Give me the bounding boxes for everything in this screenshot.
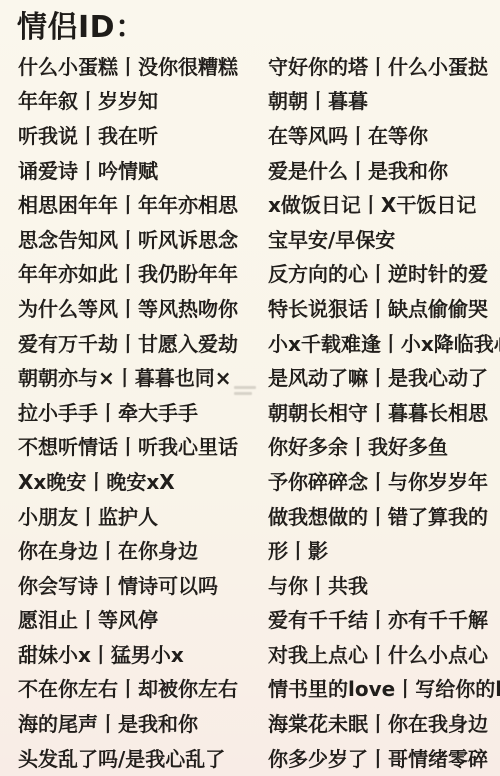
couple-id-pair: 为什么等风丨等风热吻你 <box>18 290 259 325</box>
couple-id-pair: 海的尾声丨是我和你 <box>18 705 259 740</box>
couple-id-pair: 你好多余丨我好多鱼 <box>268 429 500 464</box>
couple-id-pair: 头发乱了吗/是我心乱了 <box>18 740 259 775</box>
couple-id-pair: 宝早安/早保安 <box>268 221 500 256</box>
couple-id-pair: 思念告知风丨听风诉思念 <box>18 221 259 256</box>
couple-id-pair: 朝朝长相守丨暮暮长相思 <box>268 394 500 429</box>
couple-id-pair: 小x千载难逢丨小x降临我心 <box>268 325 500 360</box>
couple-id-pair: 反方向的心丨逆时针的爱 <box>268 256 500 291</box>
couple-id-pair: 是风动了嘛丨是我心动了 <box>268 359 500 394</box>
couple-id-pair: 不想听情话丨听我心里话 <box>18 429 259 464</box>
couple-id-pair: 甜妹小x丨猛男小x <box>18 636 259 671</box>
couple-id-pair: 海棠花未眠丨你在我身边 <box>268 705 500 740</box>
couple-id-pair: 特长说狠话丨缺点偷偷哭 <box>268 290 500 325</box>
couple-id-pair: 情书里的love丨写给你的love <box>268 671 500 706</box>
couple-id-list-page: 情侣ID： 什么小蛋糕丨没你很糟糕年年叙丨岁岁知听我说丨我在听诵爱诗丨吟情赋相思… <box>0 0 500 776</box>
couple-id-pair: 予你碎碎念丨与你岁岁年 <box>268 463 500 498</box>
page-title: 情侣ID： <box>17 2 146 46</box>
couple-id-pair: 做我想做的丨错了算我的 <box>268 498 500 533</box>
couple-id-pair: 守好你的塔丨什么小蛋挞 <box>268 48 500 83</box>
couple-id-pair: 在等风吗丨在等你 <box>268 117 500 152</box>
left-column: 什么小蛋糕丨没你很糟糕年年叙丨岁岁知听我说丨我在听诵爱诗丨吟情赋相思困年年丨年年… <box>0 48 259 776</box>
couple-id-pair: 愿泪止丨等风停 <box>18 602 259 637</box>
couple-id-pair: 不在你左右丨却被你左右 <box>18 671 259 706</box>
couple-id-pair: 年年亦如此丨我仍盼年年 <box>18 256 259 291</box>
couple-id-pair: 年年叙丨岁岁知 <box>18 83 259 118</box>
couple-id-pair: 形丨影 <box>268 532 500 567</box>
couple-id-pair: 你会写诗丨情诗可以吗 <box>18 567 259 602</box>
couple-id-pair: 听我说丨我在听 <box>18 117 259 152</box>
right-column: 守好你的塔丨什么小蛋挞朝朝丨暮暮在等风吗丨在等你爱是什么丨是我和你x做饭日记丨X… <box>259 48 500 776</box>
couple-id-pair: 爱有千千结丨亦有千千解 <box>268 602 500 637</box>
couple-id-pair: 朝朝丨暮暮 <box>268 83 500 118</box>
couple-id-pair: 拉小手手丨牵大手手 <box>18 394 259 429</box>
couple-id-pair: 爱是什么丨是我和你 <box>268 152 500 187</box>
id-columns: 什么小蛋糕丨没你很糟糕年年叙丨岁岁知听我说丨我在听诵爱诗丨吟情赋相思困年年丨年年… <box>0 48 500 776</box>
watermark <box>232 384 260 398</box>
couple-id-pair: 相思困年年丨年年亦相思 <box>18 186 259 221</box>
couple-id-pair: 对我上点心丨什么小点心 <box>268 636 500 671</box>
couple-id-pair: 你在身边丨在你身边 <box>18 532 259 567</box>
couple-id-pair: 爱有万千劫丨甘愿入爱劫 <box>18 325 259 360</box>
couple-id-pair: Xx晚安丨晚安xX <box>18 463 259 498</box>
couple-id-pair: 你多少岁了丨哥情绪零碎 <box>268 740 500 775</box>
couple-id-pair: 诵爱诗丨吟情赋 <box>18 152 259 187</box>
couple-id-pair: x做饭日记丨X干饭日记 <box>268 186 500 221</box>
couple-id-pair: 什么小蛋糕丨没你很糟糕 <box>18 48 259 83</box>
couple-id-pair: 小朋友丨监护人 <box>18 498 259 533</box>
couple-id-pair: 朝朝亦与×丨暮暮也同× <box>18 359 259 394</box>
couple-id-pair: 与你丨共我 <box>268 567 500 602</box>
